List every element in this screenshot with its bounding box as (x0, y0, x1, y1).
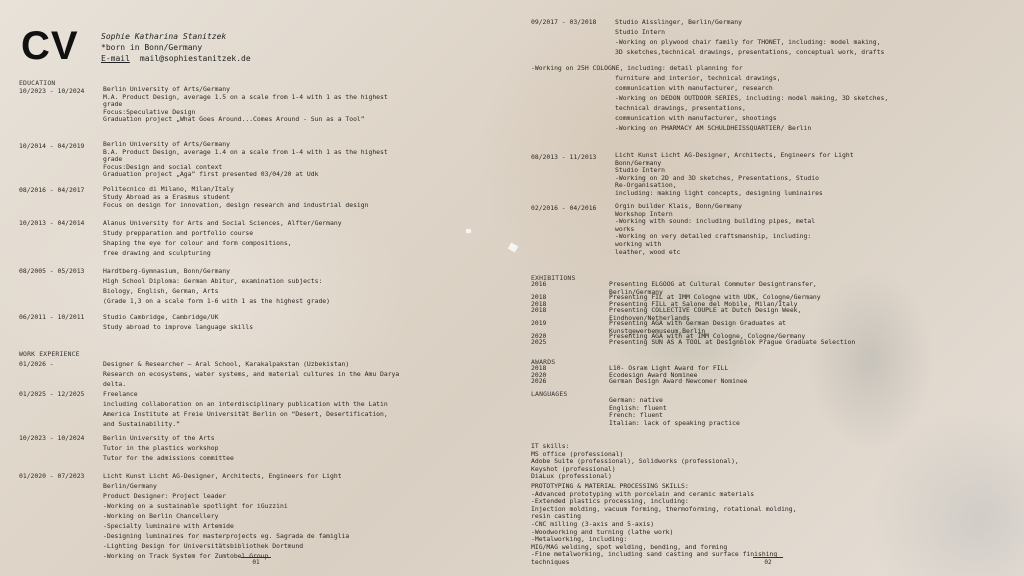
entry-details: Studio Cambridge, Cambridge/UK Study abr… (103, 312, 253, 332)
entry-line: including: making light concepts, design… (615, 190, 854, 198)
entry-details: Alanus University for Arts and Social Sc… (103, 218, 342, 258)
entry-date: 06/2011 - 10/2011 (19, 312, 84, 322)
entry-line: delta. (103, 379, 399, 389)
entry-line: 3D sketches,technical drawings, presenta… (615, 47, 884, 57)
prototyping-section: PROTOTYPING & MATERIAL PROCESSING SKILLS… (531, 483, 796, 567)
exhibition-year: 2025 (531, 339, 546, 347)
award-text: German Design Award Newcomer Nominee (609, 378, 748, 386)
entry-line: -Working on Track System for Zumtobel Gr… (103, 551, 349, 561)
entry-line: High School Diploma: German Abitur, exam… (103, 276, 330, 286)
entry-line: -Working on PHARMACY AM SCHULDHEISSQUART… (615, 123, 888, 133)
birthplace: *born in Bonn/Germany (101, 42, 251, 53)
entry-line: Studio Aisslinger, Berlin/Germany (615, 17, 884, 27)
entry-details: Freelance including collaboration on an … (103, 389, 388, 429)
entry-line: and Sustainability.” (103, 419, 388, 429)
entry-line: -Working on Berlin Chancellery (103, 511, 349, 521)
skill-item: DiaLux (professional) (531, 473, 739, 481)
entry-line: Study Abroad as a Erasmus student (103, 193, 368, 201)
award-year: 2026 (531, 378, 546, 386)
entry-line: Biology, English, German, Arts (103, 286, 330, 296)
entry-line: communication with manufacturer, shootin… (615, 113, 888, 123)
email-label[interactable]: E-mail (101, 54, 130, 63)
entry-details: Politecnico di Milano, Milan/Italy Study… (103, 185, 368, 210)
entry-line: Freelance (103, 389, 388, 399)
entry-date: 01/2020 - 07/2023 (19, 471, 84, 481)
entry-line: M.A. Product Design, average 1.5 on a sc… (103, 94, 388, 102)
email-address[interactable]: mail@sophiestanitzek.de (140, 54, 251, 63)
entry-details: Berlin University of the Arts Tutor in t… (103, 433, 234, 463)
entry-date: 09/2017 - 03/2018 (531, 17, 596, 27)
cv-page-2: 09/2017 - 03/2018 Studio Aisslinger, Ber… (512, 0, 1024, 576)
entry-line: Study prepparation and portfolio course (103, 228, 342, 238)
entry-details: Licht Kunst Licht AG-Designer, Architect… (103, 471, 349, 561)
entry-line: free drawing and sculpturing (103, 248, 342, 258)
personal-info: Sophie Katharina Stanitzek *born in Bonn… (101, 31, 251, 64)
entry-line: Politecnico di Milano, Milan/Italy (103, 185, 368, 193)
entry-date: 08/2005 - 05/2013 (19, 266, 84, 276)
entry-line: -Working on plywood chair family for THO… (615, 37, 884, 47)
it-skills-section: IT skills: MS office (professional) Adob… (531, 443, 739, 481)
page-number: 01 (241, 557, 271, 566)
entry-line: -Working on 25H COLOGNE, including: deta… (531, 63, 743, 73)
entry-line: leather, wood etc (615, 249, 815, 257)
entry-line: Shaping the eye for colour and form comp… (103, 238, 342, 248)
entry-line: -Designing luminaires for masterprojects… (103, 531, 349, 541)
entry-details: Studio Aisslinger, Berlin/Germany Studio… (615, 17, 884, 57)
entry-line: Hardtberg-Gymnasium, Bonn/Germany (103, 266, 330, 276)
entry-line: America Institute at Freie Universität B… (103, 409, 388, 419)
page-number: 02 (753, 557, 783, 566)
language-item: Italian: lack of speaking practice (609, 420, 740, 428)
entry-date: 08/2013 - 11/2013 (531, 152, 596, 162)
exhibition-year: 2019 (531, 320, 546, 328)
work-experience-heading: WORK EXPERIENCE (19, 350, 80, 358)
entry-date: 08/2016 - 04/2017 (19, 185, 84, 195)
entry-line: -Specialty luminaire with Artemide (103, 521, 349, 531)
entry-line: Focus on design for innovation, design r… (103, 201, 368, 209)
entry-line: including collaboration on an interdisci… (103, 399, 388, 409)
entry-line: B.A. Product Design, average 1.4 on a sc… (103, 149, 388, 157)
entry-line: Tutor for the admissions committee (103, 453, 234, 463)
entry-line: Berlin/Germany (103, 481, 349, 491)
entry-details: Licht Kunst Licht AG-Designer, Architect… (615, 152, 854, 198)
entry-line: Studio Intern (615, 27, 884, 37)
entry-line: (Grade 1,3 on a scale form 1-6 with 1 as… (103, 296, 330, 306)
entry-line: Designer & Researcher — Aral School, Kar… (103, 359, 399, 369)
entry-line: -Working on DEDON OUTDOOR SERIES, includ… (615, 93, 888, 103)
entry-date: 10/2013 - 04/2014 (19, 218, 84, 228)
entry-line: furniture and interior, technical drawin… (615, 73, 888, 83)
entry-line: Graduation project „What Goes Around...C… (103, 116, 388, 124)
entry-line: -Lighting Design for Universitätsbibliot… (103, 541, 349, 551)
entry-date: 01/2025 - 12/2025 (19, 389, 84, 399)
entry-details: Berlin University of Arts/Germany B.A. P… (103, 141, 388, 179)
entry-line: -Working with sound: including building … (615, 218, 815, 226)
cv-page-1: CV Sophie Katharina Stanitzek *born in B… (0, 0, 512, 576)
full-name: Sophie Katharina Stanitzek (101, 31, 251, 42)
entry-details: furniture and interior, technical drawin… (615, 73, 888, 133)
entry-date: 10/2014 - 04/2019 (19, 141, 84, 151)
entry-details: Hardtberg-Gymnasium, Bonn/Germany High S… (103, 266, 330, 306)
entry-date: 01/2026 - (19, 359, 54, 369)
languages-list: German: native English: fluent French: f… (609, 397, 740, 427)
entry-line: technical drawings, presentations, (615, 103, 888, 113)
entry-line: Berlin University of the Arts (103, 433, 234, 443)
entry-line: Tutor in the plastics workshop (103, 443, 234, 453)
entry-details: Designer & Researcher — Aral School, Kar… (103, 359, 399, 389)
entry-line: Product Designer: Project leader (103, 491, 349, 501)
entry-line: Research on ecosystems, water systems, a… (103, 369, 399, 379)
entry-details: Berlin University of Arts/Germany M.A. P… (103, 86, 388, 124)
entry-line: Licht Kunst Licht AG-Designer, Architect… (103, 471, 349, 481)
entry-line: Studio Cambridge, Cambridge/UK (103, 312, 253, 322)
entry-line: Graduation project „Aga” first presented… (103, 171, 388, 179)
languages-heading: LANGUAGES (531, 390, 567, 398)
entry-line: -Working on a sustainable spotlight for … (103, 501, 349, 511)
entry-date: 02/2016 - 04/2016 (531, 203, 596, 213)
cv-title: CV (21, 24, 79, 69)
exhibition-year: 2016 (531, 281, 546, 289)
entry-date: 10/2023 - 10/2024 (19, 86, 84, 96)
entry-date: 10/2023 - 10/2024 (19, 433, 84, 443)
entry-line: communication with manufacturer, researc… (615, 83, 888, 93)
entry-line: Study abroad to improve language skills (103, 322, 253, 332)
entry-line: Alanus University for Arts and Social Sc… (103, 218, 342, 228)
entry-details: Orgin builder Klais, Bonn/Germany Worksh… (615, 203, 815, 256)
exhibition-text: Presenting SUN AS A TOOL at Designblok P… (609, 339, 855, 347)
exhibition-year: 2018 (531, 307, 546, 315)
